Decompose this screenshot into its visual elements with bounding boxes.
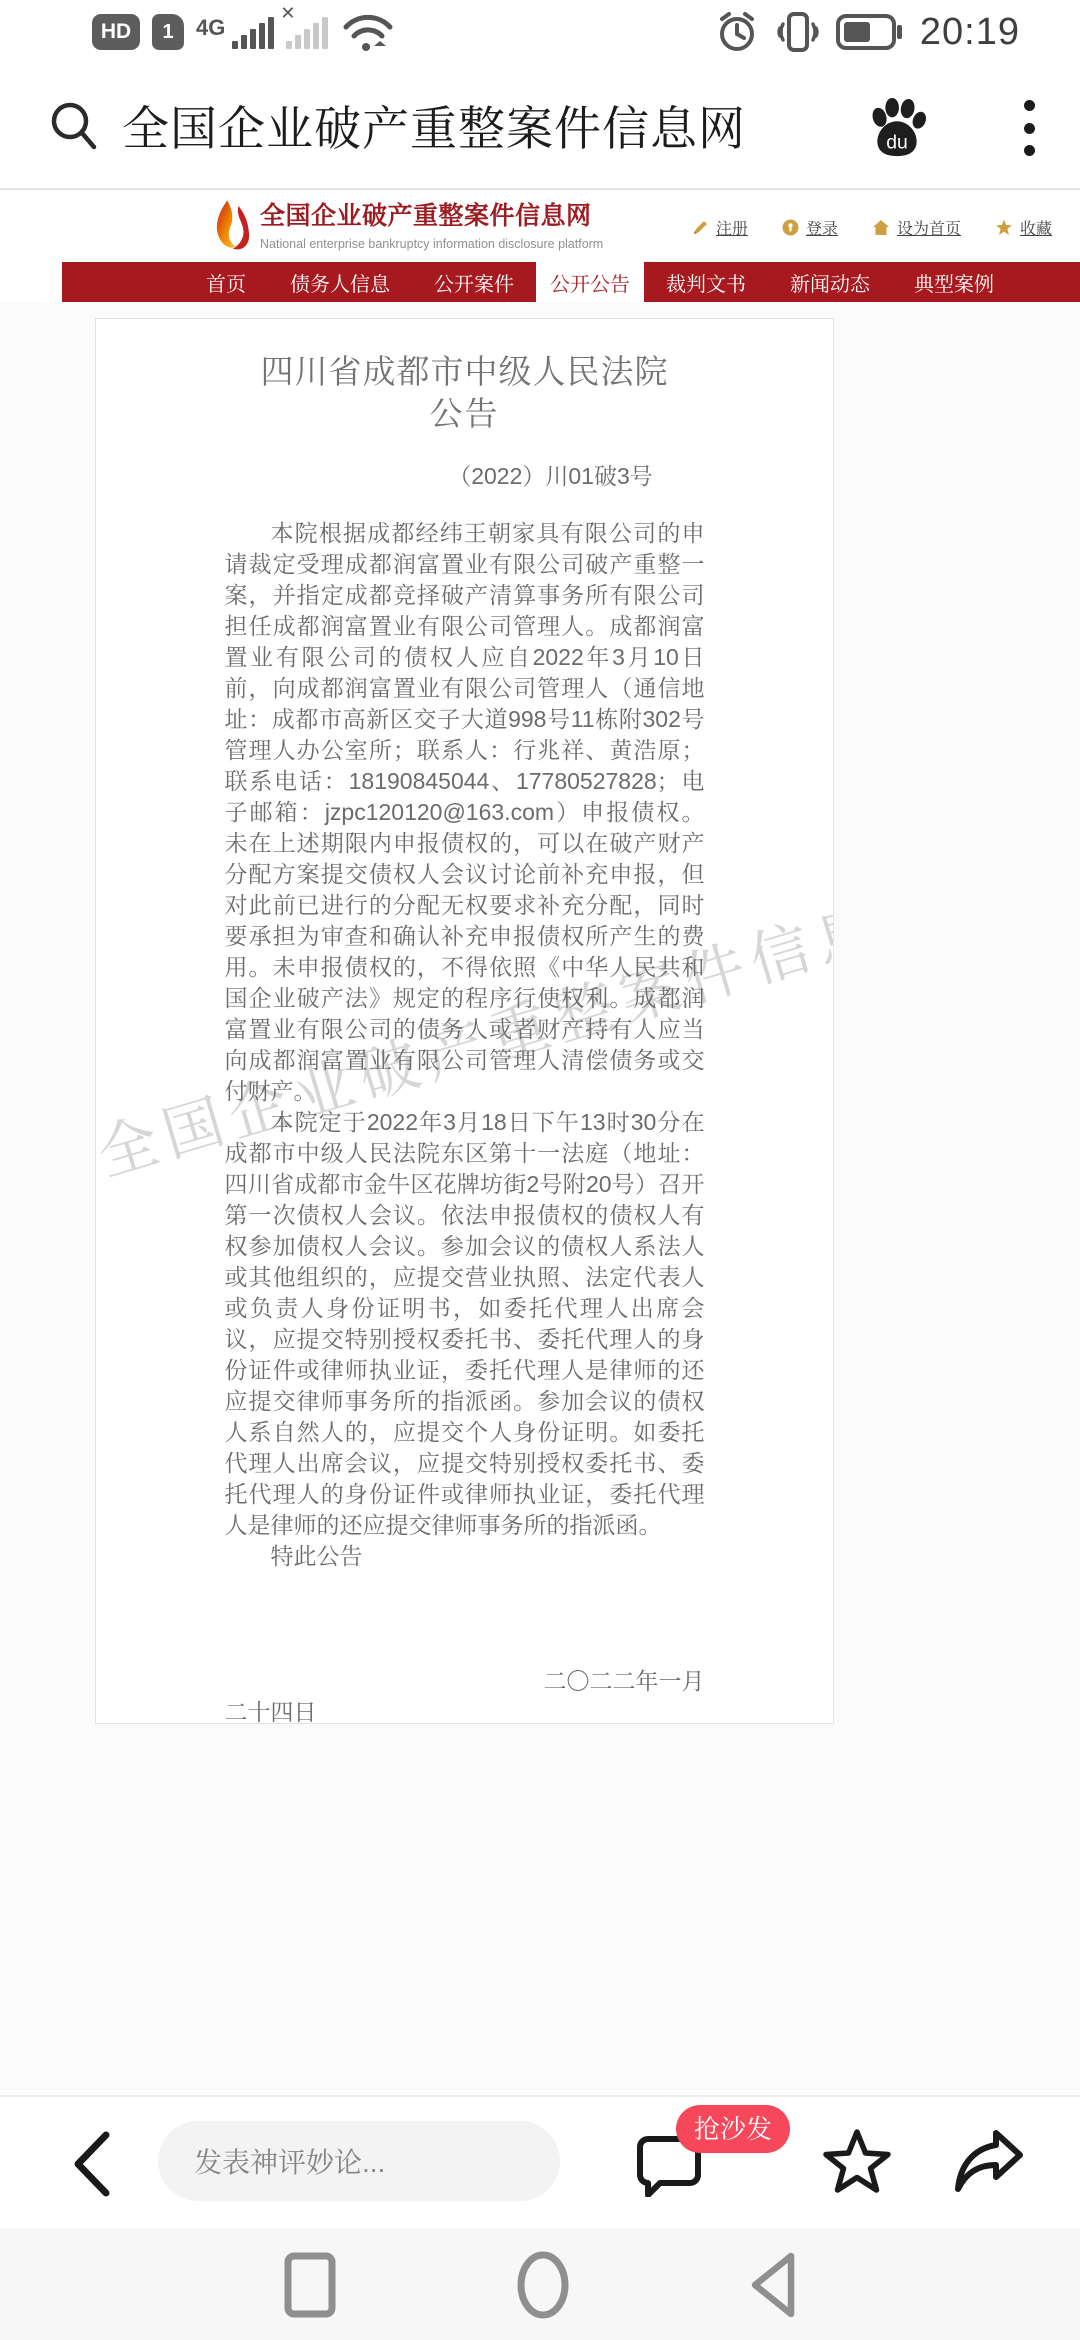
battery-icon xyxy=(836,14,904,50)
login-link[interactable]: 登录 xyxy=(782,216,838,239)
pen-icon xyxy=(692,219,709,236)
announcement-document: 四川省成都市中级人民法院 公告 （2022）川01破3号 本院根据成都经纬王朝家… xyxy=(225,319,705,1724)
nav-item-public-notices[interactable]: 公开公告 xyxy=(536,262,644,302)
signal-4g-icon: 4G xyxy=(196,15,274,49)
home-ellipse-icon xyxy=(514,2250,572,2320)
android-nav-bar xyxy=(0,2228,1080,2340)
browser-address-bar[interactable]: 全国企业破产重整案件信息网 du xyxy=(0,62,1080,190)
signal-nosim-icon: ✕ xyxy=(286,15,328,49)
status-left-icons: HD 1 4G ✕ xyxy=(92,12,398,52)
hd-voice-icon: HD xyxy=(92,14,140,50)
site-title: 全国企业破产重整案件信息网 xyxy=(260,196,603,232)
nav-item-typical-cases[interactable]: 典型案例 xyxy=(892,262,1016,302)
recents-square-icon xyxy=(284,2252,336,2318)
case-number: （2022）川01破3号 xyxy=(225,461,705,492)
announcement-date: 二〇二二年一月 二十四日 xyxy=(225,1666,705,1724)
browser-menu-icon[interactable] xyxy=(1022,100,1036,156)
closing-line: 特此公告 xyxy=(225,1541,705,1572)
site-header: 全国企业破产重整案件信息网 National enterprise bankru… xyxy=(62,190,1080,262)
status-bar: HD 1 4G ✕ xyxy=(0,0,1080,62)
sim1-icon: 1 xyxy=(152,14,184,50)
home-icon xyxy=(872,219,890,236)
comment-placeholder: 发表神评妙论... xyxy=(194,2141,385,2181)
site-nav: 首页 债务人信息 公开案件 公开公告 裁判文书 新闻动态 典型案例 xyxy=(62,262,1080,302)
signal-bars-icon xyxy=(232,15,274,49)
nav-item-judgments[interactable]: 裁判文书 xyxy=(644,262,768,302)
site-subtitle: National enterprise bankruptcy informati… xyxy=(260,237,603,251)
recents-button[interactable] xyxy=(270,2250,350,2320)
share-icon[interactable] xyxy=(952,2127,1026,2197)
comment-input[interactable]: 发表神评妙论... xyxy=(158,2121,560,2201)
site-title-block: 全国企业破产重整案件信息网 National enterprise bankru… xyxy=(260,196,603,251)
paragraph-2: 本院定于2022年3月18日下午13时30分在成都市中级人民法院东区第十一法庭（… xyxy=(225,1107,705,1541)
register-link[interactable]: 注册 xyxy=(692,216,748,239)
nav-item-debtor-info[interactable]: 债务人信息 xyxy=(268,262,412,302)
browser-page-title[interactable]: 全国企业破产重整案件信息网 xyxy=(122,92,746,159)
date-line-2: 二十四日 xyxy=(225,1697,705,1724)
nav-item-news[interactable]: 新闻动态 xyxy=(768,262,892,302)
date-line-1: 二〇二二年一月 xyxy=(225,1666,705,1697)
set-homepage-link[interactable]: 设为首页 xyxy=(872,216,961,239)
phone-screen: HD 1 4G ✕ xyxy=(0,0,1080,2340)
website-chrome: 全国企业破产重整案件信息网 National enterprise bankru… xyxy=(62,190,1080,302)
search-icon xyxy=(48,99,100,151)
back-button[interactable] xyxy=(732,2250,812,2320)
login-badge-icon xyxy=(782,219,799,236)
home-button[interactable] xyxy=(503,2250,583,2320)
back-triangle-icon xyxy=(745,2250,799,2320)
nav-item-public-cases[interactable]: 公开案件 xyxy=(412,262,536,302)
back-icon[interactable] xyxy=(64,2129,120,2199)
clock-time: 20:19 xyxy=(920,11,1020,54)
vibrate-icon xyxy=(776,8,820,56)
announcement-body: 本院根据成都经纬王朝家具有限公司的申请裁定受理成都润富置业有限公司破产重整一案，… xyxy=(225,518,705,1724)
comment-toolbar: 发表神评妙论... 抢沙发 xyxy=(0,2095,1080,2228)
wifi-icon xyxy=(340,9,398,55)
favorite-star-icon[interactable] xyxy=(822,2127,892,2197)
baidu-icon[interactable]: du xyxy=(866,96,928,158)
first-comment-badge[interactable]: 抢沙发 xyxy=(676,2105,790,2153)
court-name: 四川省成都市中级人民法院 xyxy=(225,351,705,393)
page-content: 全国企业破产重整案件信息网 四川省成都市中级人民法院 公告 （2022）川01破… xyxy=(0,302,1080,2095)
svg-text:du: du xyxy=(886,131,908,153)
status-right-icons: 20:19 xyxy=(714,10,1020,54)
site-header-links: 注册 登录 设为首页 xyxy=(692,216,1052,239)
favorite-link[interactable]: 收藏 xyxy=(995,216,1052,239)
star-icon xyxy=(995,219,1013,236)
alarm-icon xyxy=(714,9,760,55)
announcement-title: 公告 xyxy=(225,393,705,435)
nav-item-home[interactable]: 首页 xyxy=(184,262,268,302)
announcement-panel: 全国企业破产重整案件信息网 四川省成都市中级人民法院 公告 （2022）川01破… xyxy=(95,318,834,1724)
paragraph-1: 本院根据成都经纬王朝家具有限公司的申请裁定受理成都润富置业有限公司破产重整一案，… xyxy=(225,518,705,1107)
site-logo-flame-icon xyxy=(212,198,250,254)
